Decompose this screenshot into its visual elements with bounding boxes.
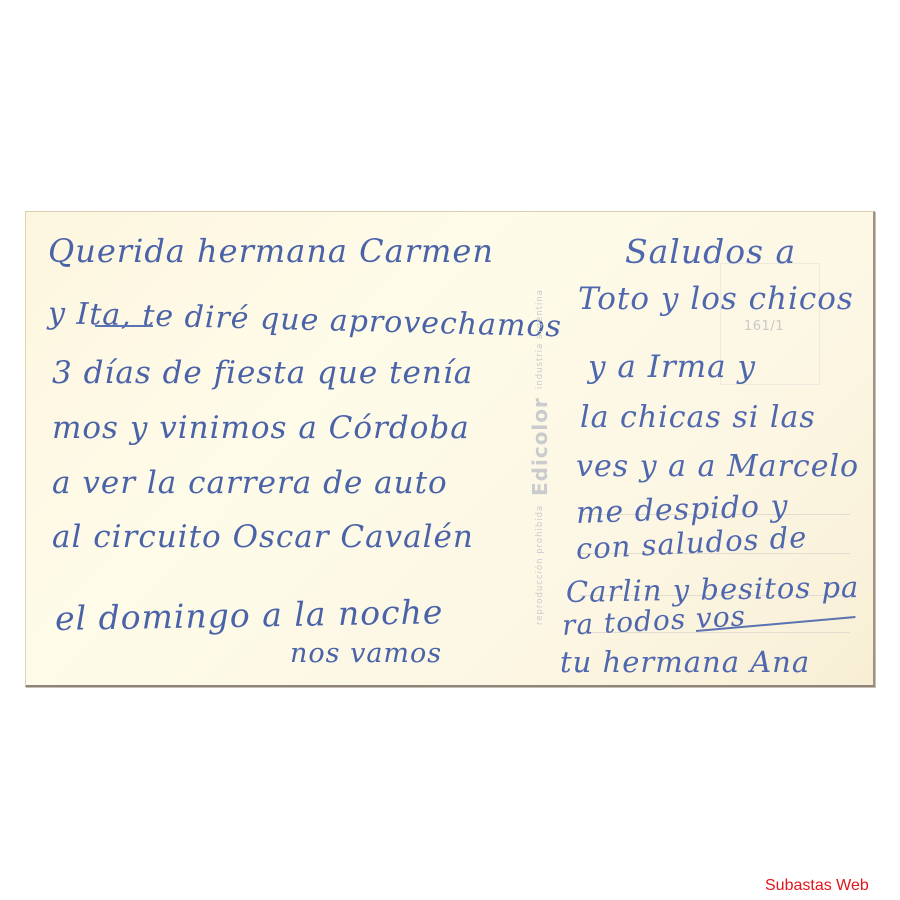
message-line: nos vamos (290, 640, 442, 667)
message-line: Saludos a (625, 235, 796, 268)
origin-notice: industria argentina (535, 289, 545, 389)
message-line: mos y vinimos a Córdoba (52, 413, 470, 444)
message-line: 3 días de fiesta que tenía (52, 358, 473, 389)
stamp-code: 161/1 (744, 319, 784, 334)
message-line: y a Irma y (588, 352, 756, 383)
underline-mark (95, 325, 153, 327)
publisher-imprint: reproducción prohibida Edicolor industri… (528, 232, 552, 682)
message-line: ves y a a Marcelo (576, 452, 859, 482)
message-line: tu hermana Ana (560, 648, 810, 677)
message-line: Toto y los chicos (578, 284, 854, 315)
message-line: Querida hermana Carmen (48, 235, 494, 267)
message-line: a ver la carrera de auto (52, 468, 448, 499)
reproduction-notice: reproducción prohibida (535, 504, 545, 624)
subastas-web-watermark: Subastas Web (765, 877, 869, 895)
edicolor-logo: Edicolor (528, 397, 552, 496)
message-line: la chicas si las (580, 403, 816, 433)
message-line: el domingo a la noche (55, 595, 444, 635)
message-line: al circuito Oscar Cavalén (52, 522, 474, 553)
